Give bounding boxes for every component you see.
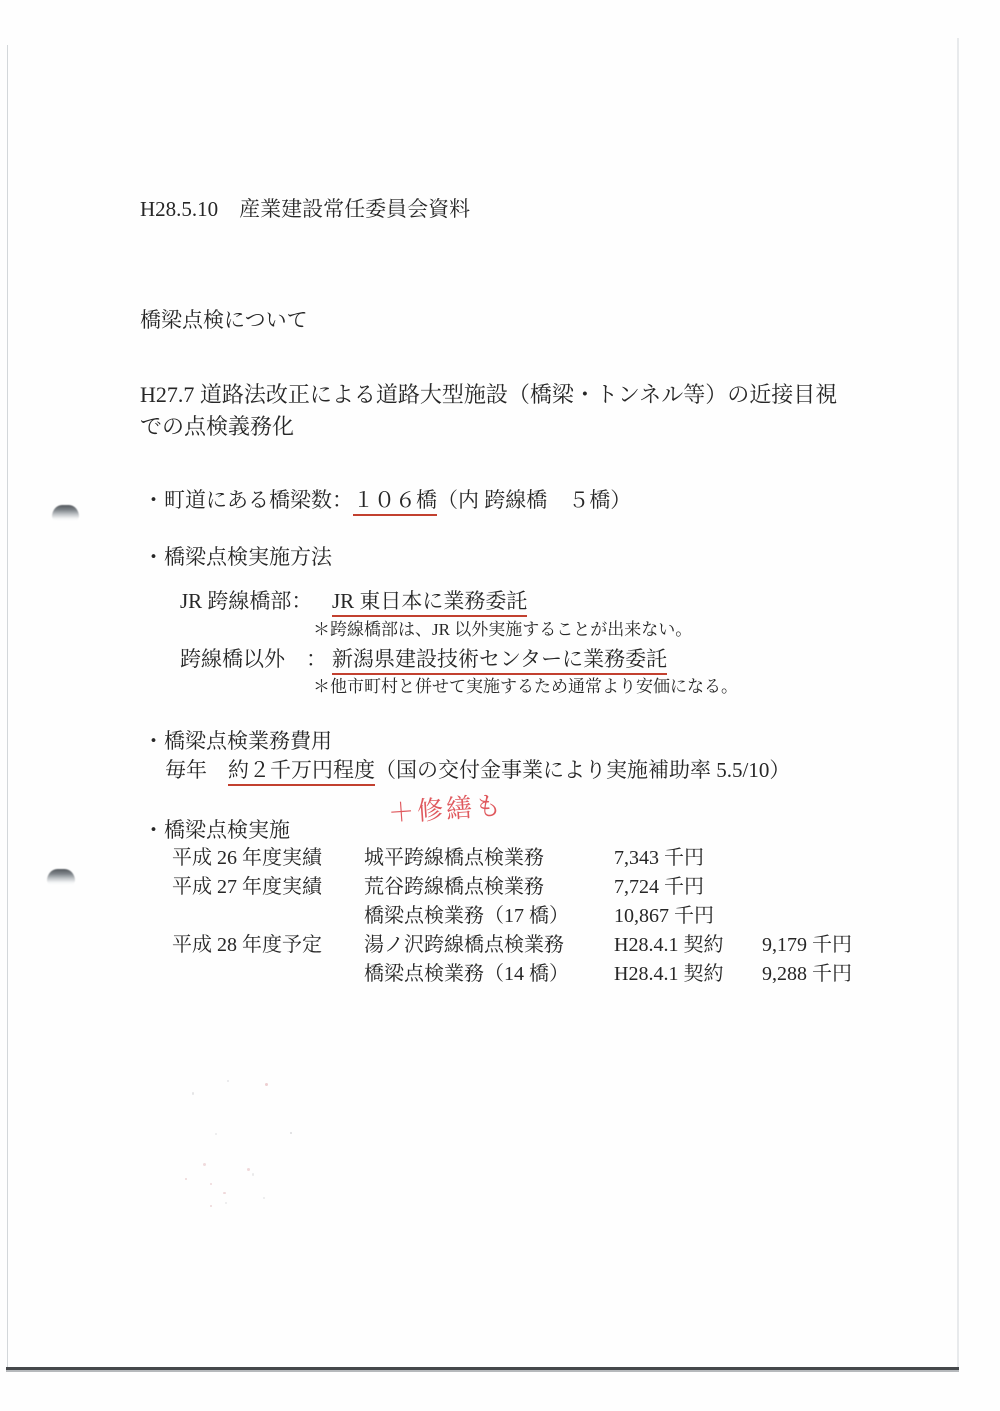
- cell-task: 橋梁点検業務（17 橋）: [364, 902, 614, 931]
- document-title: 橋梁点検について: [140, 307, 308, 333]
- method-other-label: 跨線橋以外 ：: [180, 646, 332, 672]
- intro-line-2: での点検義務化: [140, 414, 294, 440]
- bridge-count-highlight-underlined: １０６橋: [353, 488, 437, 516]
- method-jr-label: JR 跨線橋部：: [180, 588, 332, 614]
- bridge-count-suffix: （内 跨線橋 ５橋）: [437, 488, 631, 512]
- bullet-cost-heading: ・橋梁点検業務費用: [143, 728, 332, 754]
- cell-period: 平成 28 年度予定: [172, 931, 364, 960]
- method-other-line: 跨線橋以外 ：新潟県建設技術センターに業務委託: [180, 646, 667, 672]
- bullet-implementation-heading: ・橋梁点検実施: [143, 817, 290, 843]
- cost-prefix: 毎年: [165, 758, 228, 782]
- handwritten-red-annotation: ＋修繕も: [387, 785, 505, 830]
- page-left-edge-line: [7, 45, 8, 1369]
- cell-task: 城平跨線橋点検業務: [364, 844, 614, 873]
- cell-period: [172, 902, 364, 931]
- table-row: 橋梁点検業務（14 橋） H28.4.1 契約 9,288 千円: [172, 960, 852, 989]
- document-header: H28.5.10 産業建設常任委員会資料: [140, 196, 470, 222]
- cell-period: 平成 27 年度実績: [172, 873, 364, 902]
- page-bottom-edge-shadow: [6, 1370, 959, 1372]
- cell-contract: H28.4.1 契約: [614, 960, 762, 989]
- cell-amount: 7,724 千円: [614, 873, 762, 902]
- cell-contract: H28.4.1 契約: [614, 931, 762, 960]
- method-jr-value-underlined: JR 東日本に業務委託: [332, 589, 527, 617]
- punch-hole-icon: [52, 505, 79, 521]
- method-jr-line: JR 跨線橋部：JR 東日本に業務委託: [180, 588, 527, 614]
- cell-task: 橋梁点検業務（14 橋）: [364, 960, 614, 989]
- table-row: 平成 27 年度実績 荒谷跨線橋点検業務 7,724 千円: [172, 873, 852, 902]
- cell-period: 平成 26 年度実績: [172, 844, 364, 873]
- table-row: 平成 28 年度予定 湯ノ沢跨線橋点検業務 H28.4.1 契約 9,179 千…: [172, 931, 852, 960]
- page-right-edge-line: [957, 38, 959, 1369]
- implementation-table: 平成 26 年度実績 城平跨線橋点検業務 7,343 千円 平成 27 年度実績…: [172, 844, 852, 989]
- bullet-method-heading: ・橋梁点検実施方法: [143, 544, 332, 570]
- cell-task: 湯ノ沢跨線橋点検業務: [364, 931, 614, 960]
- cost-line: 毎年 約２千万円程度（国の交付金事業により実施補助率 5.5/10）: [165, 757, 790, 783]
- table-row: 平成 26 年度実績 城平跨線橋点検業務 7,343 千円: [172, 844, 852, 873]
- cell-amount: 7,343 千円: [614, 844, 762, 873]
- cell-amount: 10,867 千円: [614, 902, 762, 931]
- cell-task: 荒谷跨線橋点検業務: [364, 873, 614, 902]
- method-other-value-underlined: 新潟県建設技術センターに業務委託: [332, 647, 667, 675]
- method-other-note: ＊他市町村と併せて実施するため通常より安価になる。: [313, 676, 738, 697]
- cell-amount: 9,288 千円: [762, 960, 852, 989]
- table-row: 橋梁点検業務（17 橋） 10,867 千円: [172, 902, 852, 931]
- punch-hole-icon: [47, 869, 75, 885]
- bullet-bridge-count: ・町道にある橋梁数：１０６橋（内 跨線橋 ５橋）: [143, 487, 631, 513]
- intro-line-1: H27.7 道路法改正による道路大型施設（橋梁・トンネル等）の近接目視: [140, 382, 837, 408]
- bridge-count-prefix: ・町道にある橋梁数：: [143, 488, 353, 512]
- scanned-document-page: H28.5.10 産業建設常任委員会資料 橋梁点検について H27.7 道路法改…: [0, 0, 1000, 1411]
- method-jr-note: ＊跨線橋部は、JR 以外実施することが出来ない。: [313, 619, 692, 640]
- cell-amount: 9,179 千円: [762, 931, 852, 960]
- cell-period: [172, 960, 364, 989]
- cost-suffix: （国の交付金事業により実施補助率 5.5/10）: [375, 758, 790, 782]
- cost-highlight-underlined: 約２千万円程度: [228, 758, 375, 786]
